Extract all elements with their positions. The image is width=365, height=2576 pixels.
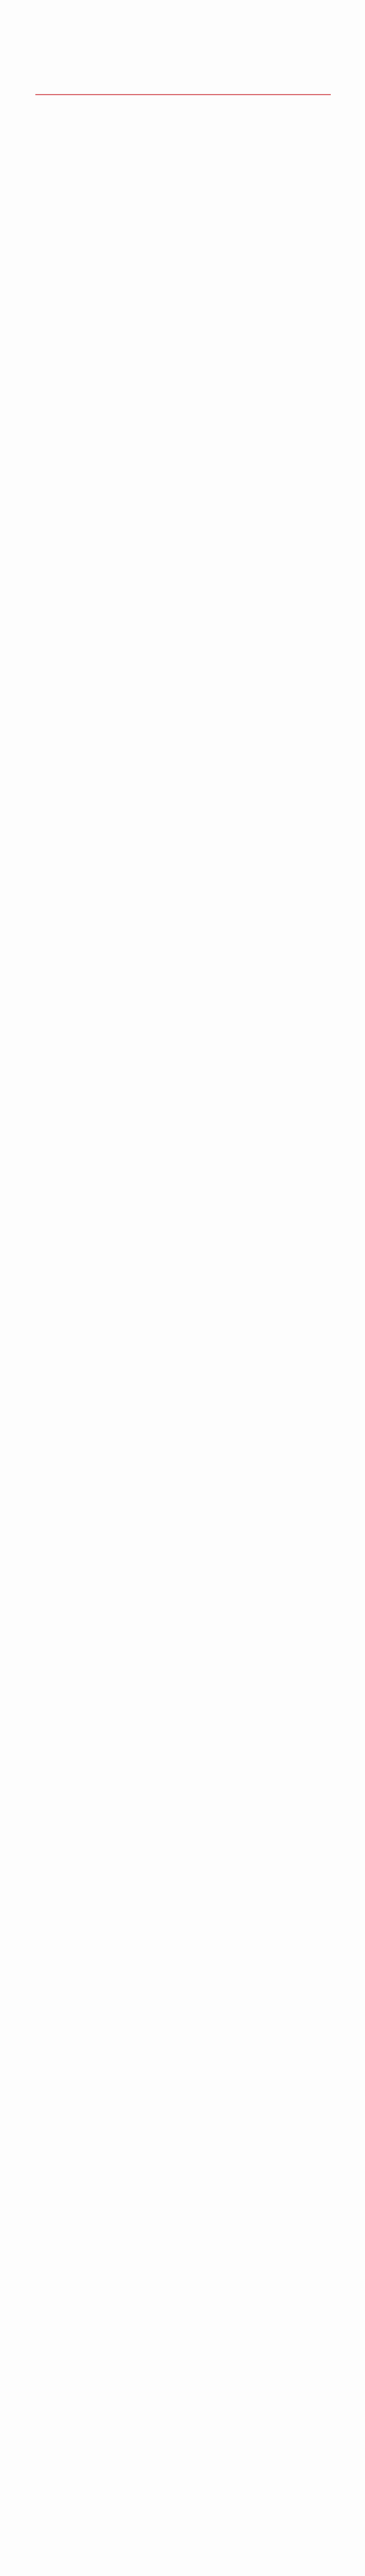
letterhead-divider <box>35 94 331 95</box>
